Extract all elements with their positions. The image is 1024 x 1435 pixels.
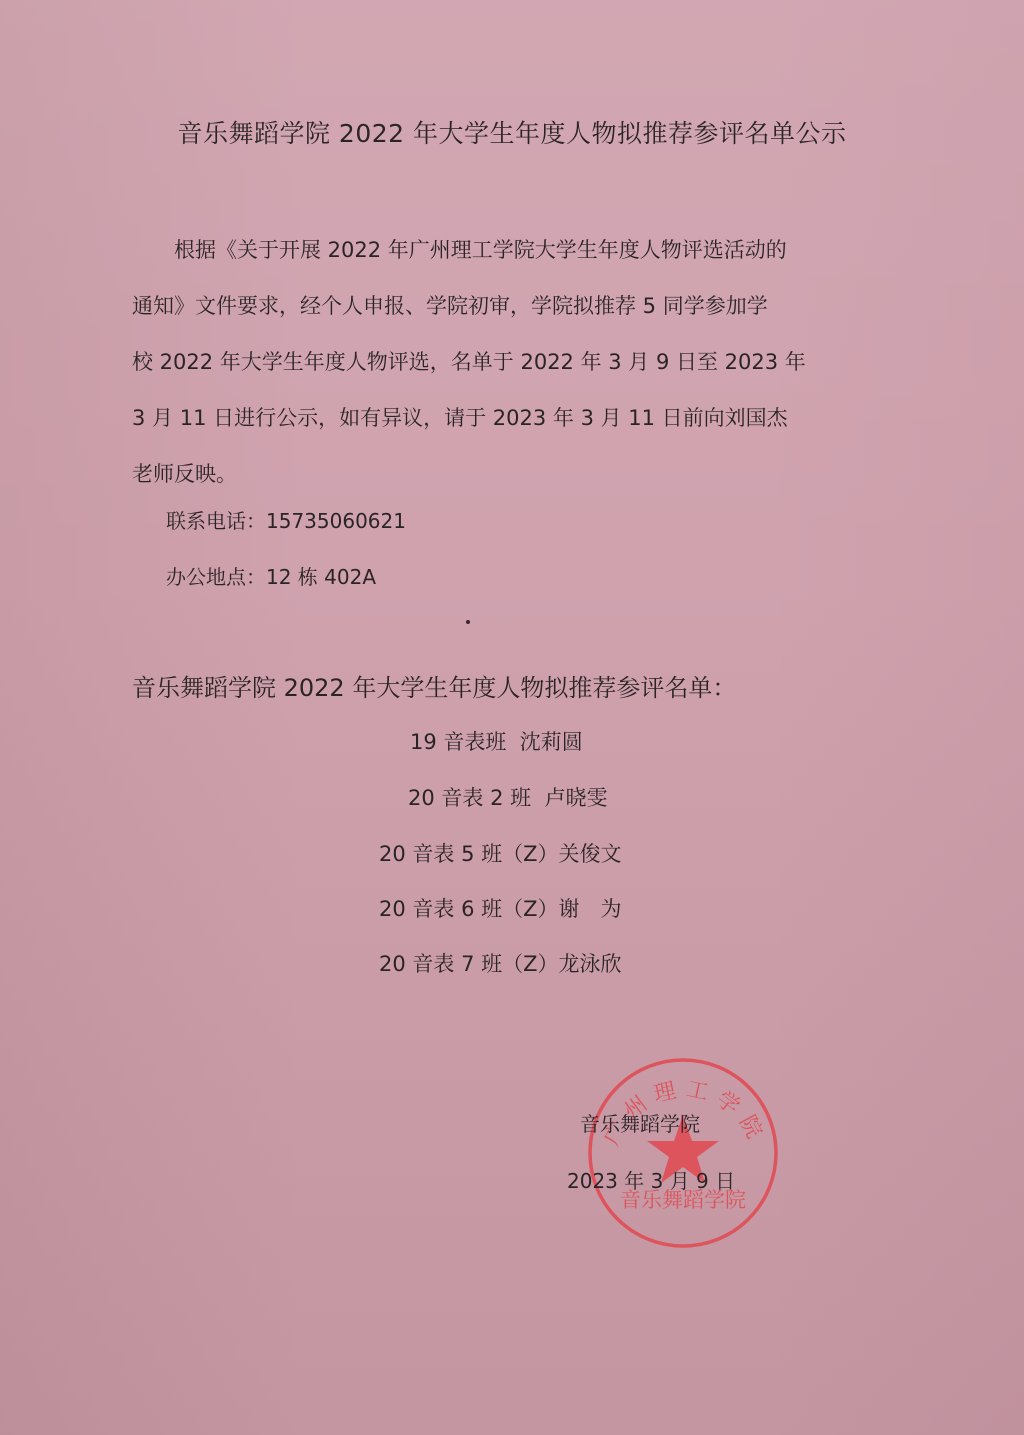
paragraph-line-1-text: 根据《关于开展 2022 年广州理工学院大学生年度人物评选活动的	[174, 238, 787, 262]
document-title: 音乐舞蹈学院 2022 年大学生年度人物拟推荐参评名单公示	[0, 114, 1024, 150]
nominee-name: 卢晓雯	[544, 786, 607, 810]
office-label: 办公地点：	[166, 565, 266, 589]
nominee-row: 20 音表 5 班（Z）关俊文	[379, 838, 622, 868]
nominee-class: 20 音表 5 班（Z）	[379, 842, 559, 866]
nominee-name: 沈莉圆	[520, 730, 583, 754]
official-seal-stamp: 广州理工学院 音乐舞蹈学院	[585, 1055, 781, 1251]
nominee-class: 20 音表 6 班（Z）	[379, 897, 559, 921]
signature-organization: 音乐舞蹈学院	[580, 1108, 700, 1137]
notice-paragraph: 根据《关于开展 2022 年广州理工学院大学生年度人物评选活动的 通知》文件要求…	[132, 222, 862, 502]
paragraph-line-2: 通知》文件要求，经个人申报、学院初审，学院拟推荐 5 同学参加学	[132, 278, 862, 334]
paragraph-line-1: 根据《关于开展 2022 年广州理工学院大学生年度人物评选活动的	[132, 222, 862, 278]
nominee-row: 19 音表班 沈莉圆	[410, 726, 583, 756]
signature-date: 2023 年 3 月 9 日	[567, 1165, 735, 1194]
nominee-row: 20 音表 6 班（Z）谢 为	[379, 893, 622, 923]
nominee-class: 20 音表 2 班	[408, 786, 531, 810]
nominee-class: 20 音表 7 班（Z）	[379, 952, 559, 976]
document-page: 音乐舞蹈学院 2022 年大学生年度人物拟推荐参评名单公示 根据《关于开展 20…	[0, 0, 1024, 1435]
paragraph-line-5: 老师反映。	[132, 446, 862, 502]
ink-speck	[466, 620, 470, 624]
phone-label: 联系电话：	[166, 509, 266, 533]
paragraph-line-4: 3 月 11 日进行公示，如有异议，请于 2023 年 3 月 11 日前向刘国…	[132, 390, 862, 446]
paragraph-line-3: 校 2022 年大学生年度人物评选，名单于 2022 年 3 月 9 日至 20…	[132, 334, 862, 390]
office-value: 12 栋 402A	[266, 565, 376, 589]
nominee-class: 19 音表班	[410, 730, 506, 754]
contact-office: 办公地点：12 栋 402A	[166, 561, 376, 590]
nominee-row: 20 音表 2 班 卢晓雯	[408, 782, 607, 812]
nominee-list-title: 音乐舞蹈学院 2022 年大学生年度人物拟推荐参评名单：	[132, 668, 736, 703]
phone-value: 15735060621	[266, 509, 406, 533]
nominee-row: 20 音表 7 班（Z）龙泳欣	[379, 948, 622, 978]
nominee-name: 关俊文	[559, 842, 622, 866]
nominee-name: 龙泳欣	[559, 952, 622, 976]
contact-phone: 联系电话：15735060621	[166, 505, 406, 534]
nominee-name: 谢 为	[559, 897, 622, 921]
